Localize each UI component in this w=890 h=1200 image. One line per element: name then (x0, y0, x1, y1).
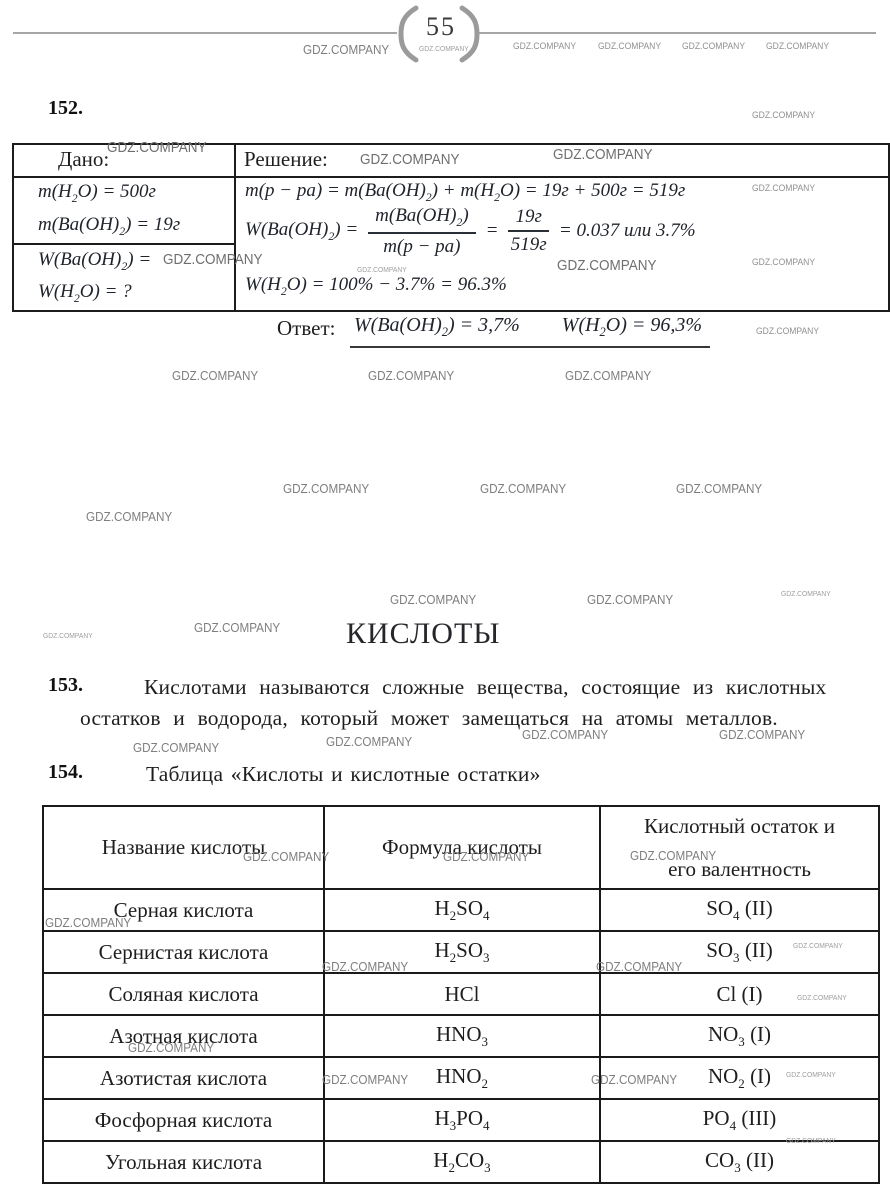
given-line: W(H2O) = ? (38, 281, 132, 306)
watermark: GDZ.COMPANY (587, 592, 673, 607)
column-header-residue-line-1: Кислотный остаток и (601, 814, 878, 839)
watermark: GDZ.COMPANY (756, 326, 819, 337)
given-line: m(Ba(OH)2) = 19г (38, 214, 180, 239)
watermark: GDZ.COMPANY (752, 110, 815, 121)
section-title: КИСЛОТЫ (346, 617, 500, 651)
given-line: m(H2O) = 500г (38, 181, 156, 206)
acid-name: Угольная кислота (43, 1141, 324, 1183)
table-row: Соляная кислота HCl Cl (I) (43, 973, 879, 1015)
watermark: GDZ.COMPANY (194, 620, 280, 635)
watermark: GDZ.COMPANY (360, 151, 460, 168)
acid-formula: HCl (324, 973, 600, 1015)
page-number: 55 (414, 12, 468, 42)
watermark: GDZ.COMPANY (557, 257, 657, 274)
formula-result: = 0.037 или 3.7% (559, 220, 696, 242)
problem-153-number: 153. (48, 674, 83, 697)
watermark: GDZ.COMPANY (43, 631, 93, 640)
watermark: GDZ.COMPANY (303, 42, 389, 57)
solution-line-3: W(H2O) = 100% − 3.7% = 96.3% (245, 274, 507, 299)
formula-lhs: W(Ba(OH)2) = (245, 219, 358, 244)
watermark: GDZ.COMPANY (786, 1070, 836, 1079)
solution-line-2: W(Ba(OH)2) = m(Ba(OH)2) m(p − pa) = 19г … (245, 205, 696, 258)
table-row: Серная кислота H2SO4 SO4 (II) (43, 889, 879, 931)
column-header-formula: Формула кислоты (324, 806, 600, 889)
acid-formula: H3PO4 (324, 1099, 600, 1141)
watermark: GDZ.COMPANY (86, 509, 172, 524)
equals-sign: = (486, 220, 499, 242)
watermark: GDZ.COMPANY (781, 589, 831, 598)
watermark: GDZ.COMPANY (752, 257, 815, 268)
watermark: GDZ.COMPANY (133, 740, 219, 755)
acid-formula: H2CO3 (324, 1141, 600, 1183)
acid-name: Фосфорная кислота (43, 1099, 324, 1141)
watermark: GDZ.COMPANY (598, 41, 661, 52)
fraction-denominator: m(p − pa) (368, 234, 475, 258)
watermark: GDZ.COMPANY (522, 727, 608, 742)
watermark: GDZ.COMPANY (322, 1072, 408, 1087)
watermark: GDZ.COMPANY (283, 481, 369, 496)
problem-154-caption: Таблица «Кислоты и кислотные остатки» (146, 762, 541, 787)
watermark: GDZ.COMPANY (45, 915, 131, 930)
acid-name: Соляная кислота (43, 973, 324, 1015)
answer-part-2: W(H2O) = 96,3% (562, 314, 702, 340)
watermark: GDZ.COMPANY (786, 1136, 836, 1145)
given-line: W(Ba(OH)2) = (38, 249, 151, 274)
watermark: GDZ.COMPANY (793, 941, 843, 950)
given-label: Дано: (58, 147, 109, 172)
acid-residue: CO3 (II) (600, 1141, 879, 1183)
watermark: GDZ.COMPANY (630, 848, 716, 863)
fraction: 19г 519г (508, 206, 548, 256)
watermark: GDZ.COMPANY (357, 265, 407, 274)
problem-152-number: 152. (48, 97, 83, 120)
fraction: m(Ba(OH)2) m(p − pa) (368, 205, 475, 258)
watermark: GDZ.COMPANY (513, 41, 576, 52)
acid-formula: H2SO4 (324, 889, 600, 931)
table-divider-given (14, 243, 234, 245)
fraction-denominator: 519г (508, 232, 548, 256)
table-divider-header (14, 176, 888, 178)
watermark: GDZ.COMPANY (676, 481, 762, 496)
acid-name: Сернистая кислота (43, 931, 324, 973)
solution-label: Решение: (244, 147, 328, 172)
acid-residue: SO4 (II) (600, 889, 879, 931)
watermark: GDZ.COMPANY (368, 368, 454, 383)
table-row: Фосфорная кислота H3PO4 PO4 (III) (43, 1099, 879, 1141)
problem-153-text-line-1: Кислотами называются сложные вещества, с… (144, 675, 826, 700)
watermark: GDZ.COMPANY (172, 368, 258, 383)
watermark: GDZ.COMPANY (752, 183, 815, 194)
watermark: GDZ.COMPANY (107, 139, 207, 156)
acid-residue: PO4 (III) (600, 1099, 879, 1141)
table-row: Сернистая кислота H2SO3 SO3 (II) (43, 931, 879, 973)
problem-152-table: Дано: m(H2O) = 500г m(Ba(OH)2) = 19г W(B… (12, 143, 890, 312)
watermark: GDZ.COMPANY (565, 368, 651, 383)
watermark: GDZ.COMPANY (390, 592, 476, 607)
watermark: GDZ.COMPANY (243, 849, 329, 864)
acids-table-header-row: Название кислоты Формула кислоты Кислотн… (43, 806, 879, 889)
fraction-numerator: m(Ba(OH)2) (368, 205, 475, 234)
column-header-name: Название кислоты (43, 806, 324, 889)
watermark: GDZ.COMPANY (553, 146, 653, 163)
watermark: GDZ.COMPANY (322, 959, 408, 974)
watermark: GDZ.COMPANY (766, 41, 829, 52)
watermark: GDZ.COMPANY (719, 727, 805, 742)
watermark: GDZ.COMPANY (443, 849, 529, 864)
answer-line: W(Ba(OH)2) = 3,7% W(H2O) = 96,3% (350, 314, 710, 348)
answer-label: Ответ: (277, 316, 335, 341)
watermark: GDZ.COMPANY (419, 44, 469, 53)
watermark: GDZ.COMPANY (326, 734, 412, 749)
watermark: GDZ.COMPANY (480, 481, 566, 496)
answer-part-1: W(Ba(OH)2) = 3,7% (354, 314, 520, 340)
acid-residue: NO3 (I) (600, 1015, 879, 1057)
header-rule-right (479, 32, 876, 34)
watermark: GDZ.COMPANY (596, 959, 682, 974)
watermark: GDZ.COMPANY (797, 993, 847, 1002)
fraction-numerator: 19г (508, 206, 548, 232)
solution-line-1: m(p − pa) = m(Ba(OH)2) + m(H2O) = 19г + … (245, 180, 685, 205)
table-row: Азотистая кислота HNO2 NO2 (I) (43, 1057, 879, 1099)
table-row: Угольная кислота H2CO3 CO3 (II) (43, 1141, 879, 1183)
problem-153-text-line-2: остатков и водорода, который может замещ… (80, 706, 778, 731)
scanned-page: { "watermark": "GDZ.COMPANY", "header": … (0, 0, 890, 1200)
table-divider-vertical (234, 145, 236, 310)
acid-formula: HNO3 (324, 1015, 600, 1057)
problem-154-number: 154. (48, 761, 83, 784)
header-rule-left (13, 32, 397, 34)
watermark: GDZ.COMPANY (591, 1072, 677, 1087)
watermark: GDZ.COMPANY (128, 1040, 214, 1055)
acid-name: Азотистая кислота (43, 1057, 324, 1099)
watermark: GDZ.COMPANY (163, 251, 263, 268)
watermark: GDZ.COMPANY (682, 41, 745, 52)
